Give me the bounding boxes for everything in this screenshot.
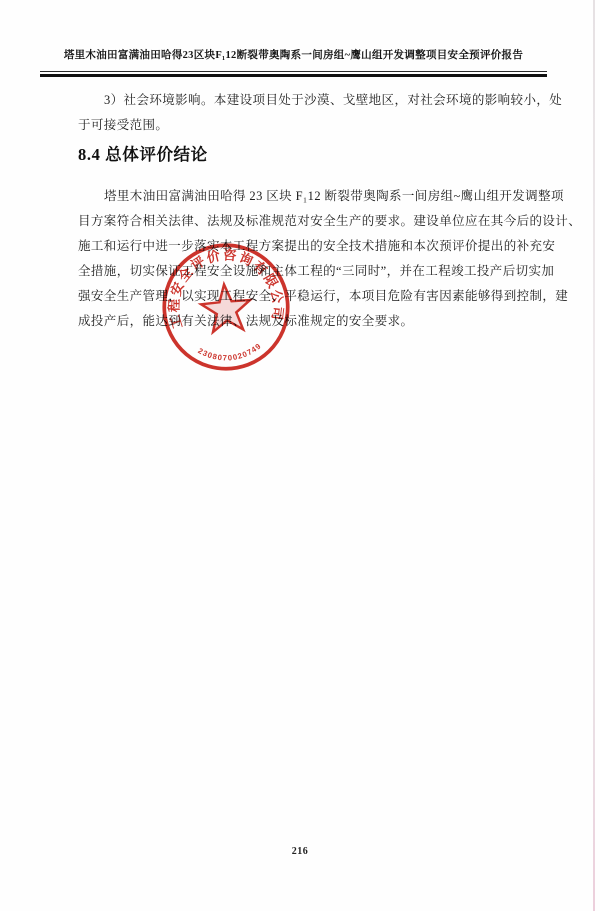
star-icon <box>200 282 253 333</box>
paragraph-line: 于可接受范围。 <box>78 115 541 133</box>
page-header: 塔里木油田富满油田哈得23区块F₁12断裂带奥陶系一间房组~鹰山组开发调整项目安… <box>40 47 547 62</box>
paragraph-line: 强安全生产管理，以实现工程安全、平稳运行，本项目危险有害因素能够得到控制，建 <box>78 286 541 304</box>
scan-edge-line <box>593 0 595 911</box>
paragraph-line: 全措施，切实保证工程安全设施和主体工程的“三同时”，并在工程竣工投产后切实加 <box>78 261 541 279</box>
company-seal-stamp: 工程安全评价咨询有限公司 2308070020749 <box>148 229 304 385</box>
section-heading: 8.4 总体评价结论 <box>78 141 208 165</box>
paragraph-line: 成投产后，能达到有关法律、法规及标准规定的安全要求。 <box>78 311 541 329</box>
page-number: 216 <box>0 846 600 857</box>
paragraph-line: 3）社会环境影响。本建设项目处于沙漠、戈壁地区，对社会环境的影响较小，处 <box>78 90 541 108</box>
report-header-title: 塔里木油田富满油田哈得23区块F₁12断裂带奥陶系一间房组~鹰山组开发调整项目安… <box>40 47 547 62</box>
paragraph-line: 目方案符合相关法律、法规及标准规范对安全生产的要求。建设单位应在其今后的设计、 <box>78 211 541 229</box>
document-page: 塔里木油田富满油田哈得23区块F₁12断裂带奥陶系一间房组~鹰山组开发调整项目安… <box>0 0 600 911</box>
seal-graphic: 工程安全评价咨询有限公司 2308070020749 <box>148 229 304 385</box>
paragraph-line: 塔里木油田富满油田哈得 23 区块 F₁12 断裂带奥陶系一间房组~鹰山组开发调… <box>78 186 541 204</box>
header-rule-thin <box>40 71 547 72</box>
header-rule-thick <box>40 74 547 77</box>
